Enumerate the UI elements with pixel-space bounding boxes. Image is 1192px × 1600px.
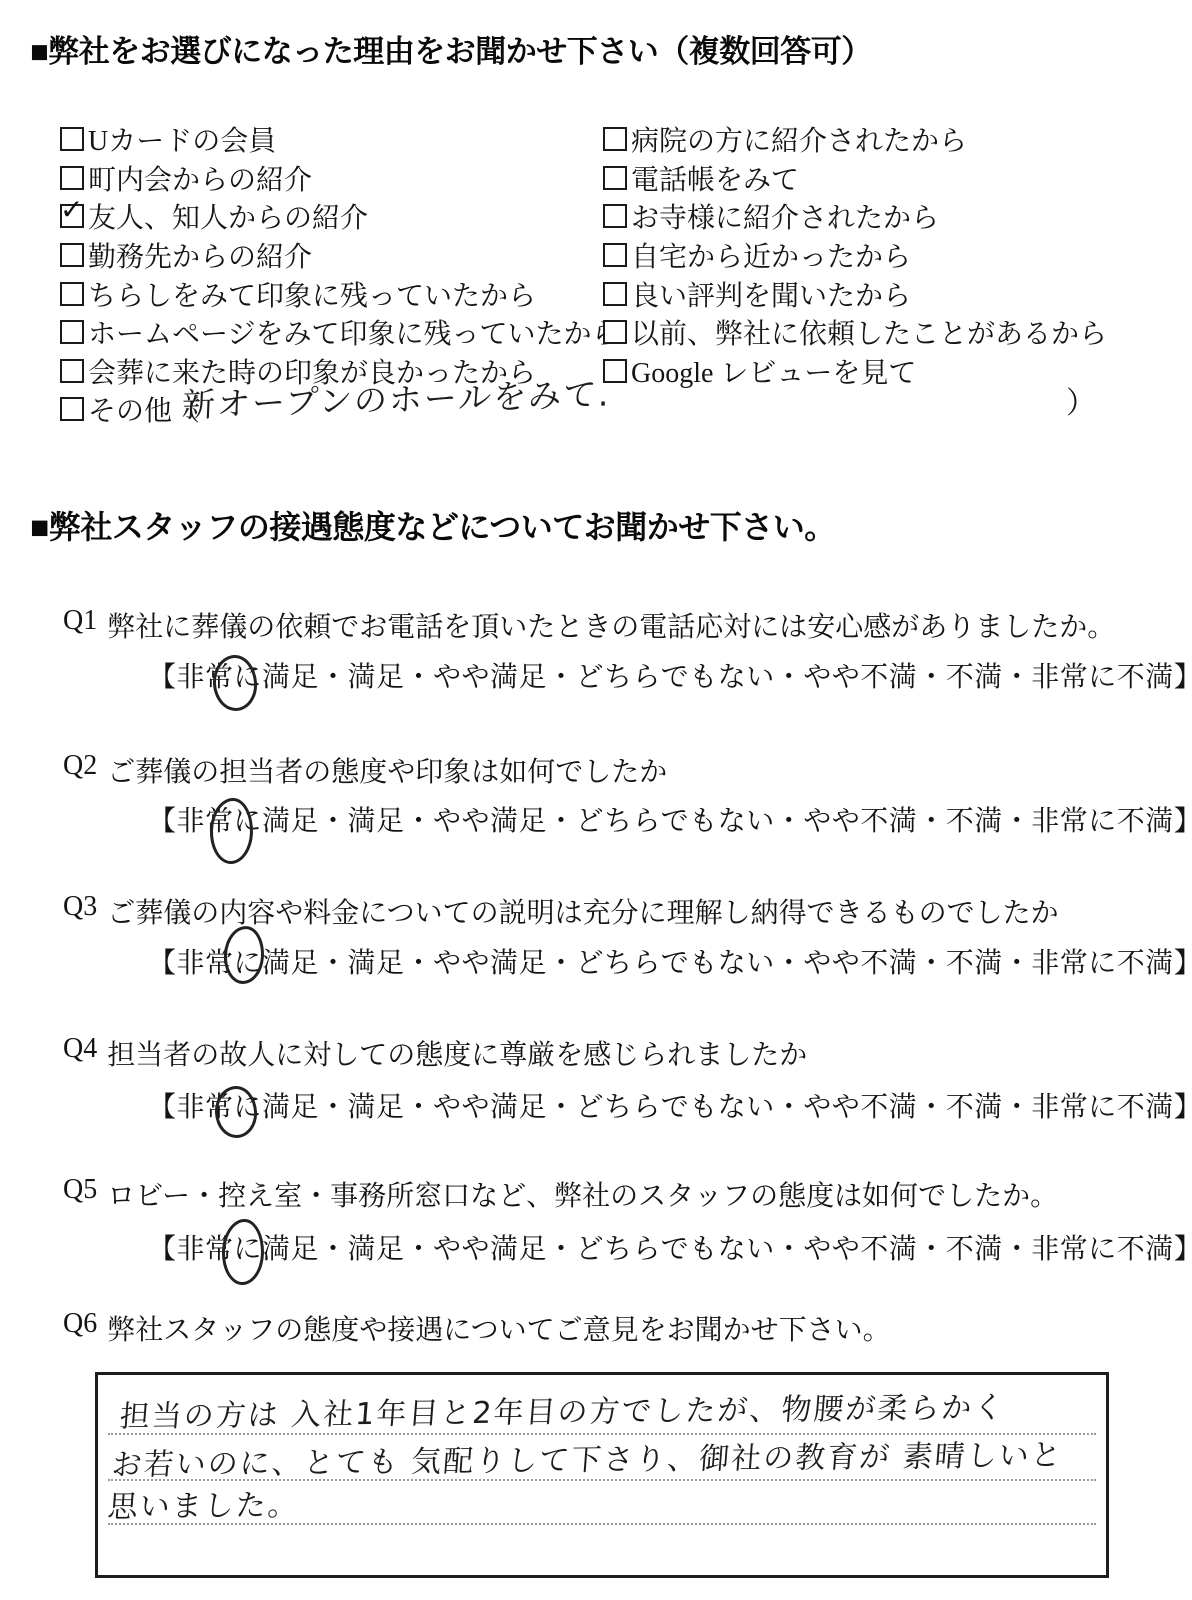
- checkbox[interactable]: [603, 166, 627, 190]
- satisfaction-scale-q5: 【非常に満足・満足・やや満足・どちらでもない・やや不満・不満・非常に不満】: [148, 1227, 1192, 1267]
- option-label: お寺様に紹介されたから: [631, 196, 939, 236]
- checkbox[interactable]: [60, 320, 84, 344]
- option-label: 以前、弊社に依頼したことがあるから: [631, 312, 1107, 352]
- option-temple-referral[interactable]: お寺様に紹介されたから: [603, 197, 1107, 236]
- satisfaction-scale-q1: 【非常に満足・満足・やや満足・どちらでもない・やや不満・不満・非常に不満】: [148, 655, 1192, 695]
- checkbox[interactable]: [60, 359, 84, 383]
- question-q2: Q2 ご葬儀の担当者の態度や印象は如何でしたか: [63, 750, 667, 790]
- question-id: Q4: [63, 1033, 97, 1073]
- question-q4: Q4 担当者の故人に対しての態度に尊厳を感じられましたか: [63, 1033, 807, 1073]
- option-label: Google レビューを見て: [631, 351, 916, 391]
- question-text: ロビー・控え室・事務所窓口など、弊社のスタッフの態度は如何でしたか。: [107, 1174, 1058, 1214]
- question-text: ご葬儀の内容や料金についての説明は充分に理解し納得できるものでしたか: [107, 891, 1058, 931]
- q6-handwritten-line-2: お若いのに、とても 気配りして下さり、御社の教育が 素晴しいと: [110, 1430, 1064, 1484]
- checkbox[interactable]: [60, 243, 84, 267]
- question-id: Q2: [63, 750, 97, 790]
- satisfaction-scale-q3: 【非常に満足・満足・やや満足・どちらでもない・やや不満・不満・非常に不満】: [148, 941, 1192, 981]
- question-text: ご葬儀の担当者の態度や印象は如何でしたか: [107, 750, 667, 790]
- satisfaction-scale-q4: 【非常に満足・満足・やや満足・どちらでもない・やや不満・不満・非常に不満】: [148, 1085, 1192, 1125]
- option-google-review[interactable]: Google レビューを見て: [603, 352, 1107, 391]
- option-label: 病院の方に紹介されたから: [631, 119, 967, 159]
- question-id: Q3: [63, 891, 97, 931]
- option-label: ホームページをみて印象に残っていたから: [88, 312, 619, 352]
- option-label: 勤務先からの紹介: [88, 235, 312, 275]
- section2-title: ■弊社スタッフの接遇態度などについてお聞かせ下さい。: [30, 502, 836, 548]
- question-q3: Q3 ご葬儀の内容や料金についての説明は充分に理解し納得できるものでしたか: [63, 891, 1059, 931]
- question-text: 弊社スタッフの態度や接遇についてご意見をお聞かせ下さい。: [107, 1308, 890, 1348]
- q6-handwritten-line-3: 思いました。: [106, 1480, 301, 1526]
- check-mark: ✓: [60, 196, 83, 224]
- option-label: ちらしをみて印象に残っていたから: [88, 274, 536, 314]
- circled-answer-q5: [221, 1218, 265, 1285]
- checkbox[interactable]: [603, 282, 627, 306]
- option-hospital-referral[interactable]: 病院の方に紹介されたから: [603, 120, 1107, 159]
- checkbox[interactable]: [60, 397, 84, 421]
- option-label: Uカードの会員: [88, 119, 276, 159]
- question-text: 弊社に葬儀の依頼でお電話を頂いたときの電話応対には安心感がありましたか。: [107, 605, 1115, 645]
- option-neighborhood[interactable]: 町内会からの紹介: [60, 159, 619, 198]
- checkbox[interactable]: [60, 282, 84, 306]
- option-near-home[interactable]: 自宅から近かったから: [603, 236, 1107, 275]
- checkbox[interactable]: [603, 204, 627, 228]
- other-close-paren: ）: [1066, 378, 1096, 422]
- scanned-survey-form: { "section1": { "title": "■弊社をお選びになった理由を…: [0, 0, 1192, 1600]
- checkbox-checked[interactable]: ✓: [60, 204, 84, 228]
- option-label: 自宅から近かったから: [631, 235, 911, 275]
- option-label: 電話帳をみて: [631, 158, 799, 198]
- option-label: 町内会からの紹介: [88, 158, 312, 198]
- question-id: Q5: [63, 1174, 97, 1214]
- satisfaction-scale-q2: 【非常に満足・満足・やや満足・どちらでもない・やや不満・不満・非常に不満】: [148, 799, 1192, 839]
- section1-title: ■弊社をお選びになった理由をお聞かせ下さい（複数回答可）: [30, 26, 872, 71]
- option-label: 友人、知人からの紹介: [88, 196, 368, 236]
- reason-options-right-column: 病院の方に紹介されたから 電話帳をみて お寺様に紹介されたから 自宅から近かった…: [603, 120, 1107, 390]
- option-previous-use[interactable]: 以前、弊社に依頼したことがあるから: [603, 313, 1107, 352]
- checkbox[interactable]: [60, 166, 84, 190]
- question-id: Q1: [63, 605, 97, 645]
- question-q5: Q5 ロビー・控え室・事務所窓口など、弊社のスタッフの態度は如何でしたか。: [63, 1174, 1058, 1214]
- checkbox[interactable]: [60, 127, 84, 151]
- option-homepage[interactable]: ホームページをみて印象に残っていたから: [60, 313, 619, 352]
- q6-handwritten-line-1: 担当の方は 入社1年目と2年目の方でしたが、物腰が柔らかく: [118, 1382, 1007, 1435]
- option-friend-referral[interactable]: ✓ 友人、知人からの紹介: [60, 197, 619, 236]
- option-workplace[interactable]: 勤務先からの紹介: [60, 236, 619, 275]
- question-text: 担当者の故人に対しての態度に尊厳を感じられましたか: [107, 1033, 807, 1073]
- checkbox[interactable]: [603, 127, 627, 151]
- question-id: Q6: [63, 1308, 97, 1348]
- checkbox[interactable]: [603, 243, 627, 267]
- option-flyer[interactable]: ちらしをみて印象に残っていたから: [60, 274, 619, 313]
- question-q1: Q1 弊社に葬儀の依頼でお電話を頂いたときの電話応対には安心感がありましたか。: [63, 605, 1115, 645]
- question-q6: Q6 弊社スタッフの態度や接遇についてご意見をお聞かせ下さい。: [63, 1308, 891, 1348]
- q6-comment-box[interactable]: 担当の方は 入社1年目と2年目の方でしたが、物腰が柔らかく お若いのに、とても …: [95, 1372, 1109, 1578]
- checkbox[interactable]: [603, 320, 627, 344]
- option-phonebook[interactable]: 電話帳をみて: [603, 159, 1107, 198]
- option-label: 良い評判を聞いたから: [631, 274, 911, 314]
- option-u-card[interactable]: Uカードの会員: [60, 120, 619, 159]
- circled-answer-q2: [209, 797, 254, 864]
- option-good-reputation[interactable]: 良い評判を聞いたから: [603, 274, 1107, 313]
